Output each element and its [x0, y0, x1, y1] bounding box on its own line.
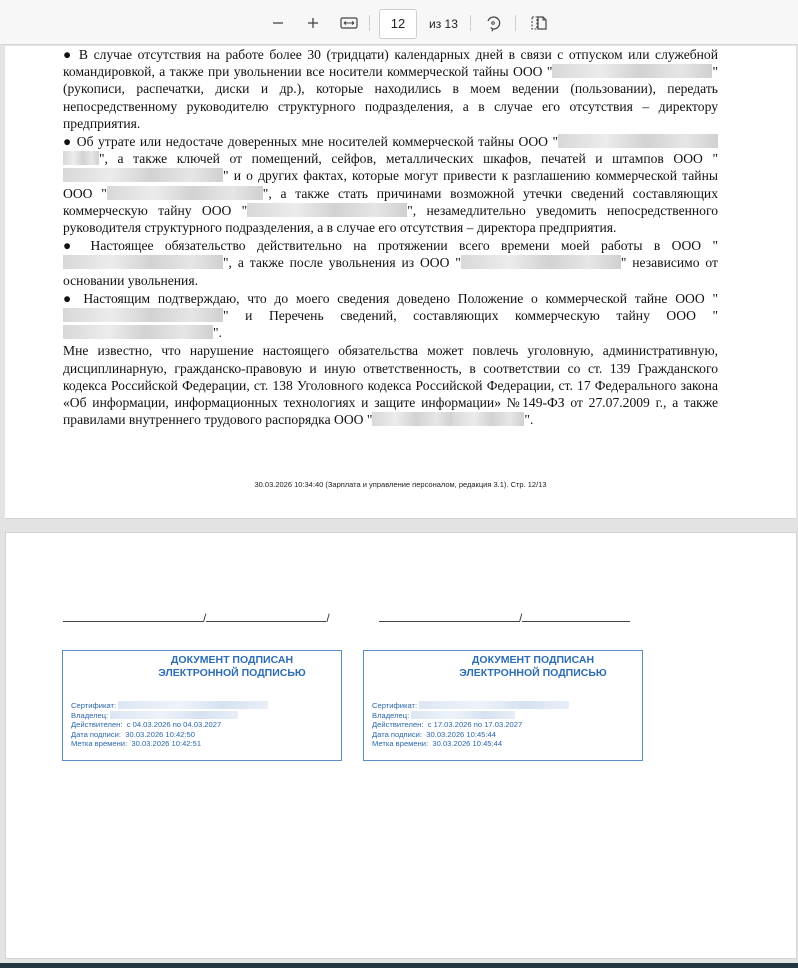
redacted-company-name	[552, 64, 712, 78]
name-blank	[522, 609, 630, 622]
signature-blank	[379, 609, 519, 622]
redacted-company-name	[63, 151, 99, 165]
text-run: ".	[524, 412, 533, 427]
redacted-company-name	[247, 203, 407, 217]
text-run: ", а также ключей от помещений, сейфов, …	[99, 151, 718, 166]
redacted-company-name	[107, 186, 263, 200]
valid-label: Действителен:	[71, 720, 122, 729]
redacted-company-name	[63, 255, 223, 269]
page-view-button[interactable]	[527, 11, 551, 35]
paragraph-loss: ● Об утрате или недостаче доверенных мне…	[63, 133, 718, 236]
pdf-page-12: ● В случае отсутствия на работе более 30…	[5, 46, 796, 519]
sign-date-label: Дата подписи:	[71, 730, 121, 739]
pdf-toolbar: 12 из 13	[0, 0, 798, 45]
text-run: ".	[213, 325, 222, 340]
page-footer: 30.03.2026 10:34:40 (Зарплата и управлен…	[5, 480, 796, 489]
sign-date-label: Дата подписи:	[372, 730, 422, 739]
zoom-in-button[interactable]	[301, 11, 325, 35]
pdf-page-13: // / ДОКУМЕНТ ПОДПИСАН ЭЛЕКТРОННОЙ ПОДПИ…	[5, 532, 797, 959]
timestamp-label: Метка времени:	[71, 739, 127, 748]
minus-icon	[271, 16, 285, 30]
page-number-input[interactable]: 12	[379, 9, 417, 39]
signature-blank	[63, 609, 203, 622]
stamp-details: Сертификат: Владелец: Действителен: с 04…	[71, 701, 268, 749]
paragraph-liability: Мне известно, что нарушение настоящего о…	[63, 342, 718, 428]
fit-width-button[interactable]	[337, 11, 361, 35]
stamp-title-line: ЭЛЕКТРОННОЙ ПОДПИСЬЮ	[424, 667, 642, 680]
redacted-company-name	[452, 412, 524, 426]
redacted-company-name	[461, 255, 621, 269]
paragraph-validity: ● Настоящее обязательство действительно …	[63, 237, 718, 289]
rotate-icon	[484, 14, 502, 32]
redacted-certificate	[118, 701, 268, 709]
page-count-label: из 13	[429, 17, 458, 31]
e-signature-stamp: ДОКУМЕНТ ПОДПИСАН ЭЛЕКТРОННОЙ ПОДПИСЬЮ С…	[62, 650, 342, 761]
owner-label: Владелец:	[71, 711, 108, 720]
text-run: " и Перечень сведений, составляющих комм…	[223, 308, 718, 323]
redacted-company-name	[558, 134, 718, 148]
document-body: ● В случае отсутствия на работе более 30…	[63, 46, 718, 429]
stamp-title-line: ЭЛЕКТРОННОЙ ПОДПИСЬЮ	[123, 667, 341, 680]
separator: /	[326, 611, 329, 625]
sign-date-value: 30.03.2026 10:45:44	[426, 730, 496, 739]
text-run: ● Настоящим подтверждаю, что до моего св…	[63, 291, 718, 306]
signature-line-right: /	[379, 609, 630, 625]
text-run: ● Настоящее обязательство действительно …	[63, 238, 718, 253]
text-run: ", а также после увольнения из ООО "	[223, 255, 461, 270]
toolbar-divider	[369, 15, 370, 31]
timestamp-value: 30.03.2026 10:42:51	[131, 739, 201, 748]
redacted-company-name	[63, 325, 213, 339]
sign-date-value: 30.03.2026 10:42:50	[125, 730, 195, 739]
valid-value: с 04.03.2026 по 04.03.2027	[127, 720, 221, 729]
rotate-button[interactable]	[481, 11, 505, 35]
redacted-company-name	[63, 308, 223, 322]
redacted-owner	[411, 711, 515, 719]
redacted-company-name	[372, 412, 452, 426]
timestamp-label: Метка времени:	[372, 739, 428, 748]
signature-line-left: //	[63, 609, 330, 625]
owner-label: Владелец:	[372, 711, 409, 720]
stamp-title: ДОКУМЕНТ ПОДПИСАН ЭЛЕКТРОННОЙ ПОДПИСЬЮ	[364, 654, 642, 680]
paragraph-absence: ● В случае отсутствия на работе более 30…	[63, 46, 718, 132]
name-blank	[206, 609, 326, 622]
certificate-label: Сертификат:	[372, 701, 417, 710]
timestamp-value: 30.03.2026 10:45:44	[432, 739, 502, 748]
stamp-details: Сертификат: Владелец: Действителен: с 17…	[372, 701, 569, 749]
redacted-owner	[110, 711, 238, 719]
zoom-out-button[interactable]	[266, 11, 290, 35]
two-page-view-icon	[530, 15, 548, 31]
redacted-company-name	[63, 168, 223, 182]
valid-label: Действителен:	[372, 720, 423, 729]
toolbar-divider	[515, 15, 516, 31]
plus-icon	[306, 16, 320, 30]
stamp-title: ДОКУМЕНТ ПОДПИСАН ЭЛЕКТРОННОЙ ПОДПИСЬЮ	[63, 654, 341, 680]
stamp-title-line: ДОКУМЕНТ ПОДПИСАН	[424, 654, 642, 667]
redacted-certificate	[419, 701, 569, 709]
e-signature-stamp: ДОКУМЕНТ ПОДПИСАН ЭЛЕКТРОННОЙ ПОДПИСЬЮ С…	[363, 650, 643, 761]
stamp-title-line: ДОКУМЕНТ ПОДПИСАН	[123, 654, 341, 667]
certificate-label: Сертификат:	[71, 701, 116, 710]
taskbar-edge	[0, 963, 798, 968]
toolbar-divider	[470, 15, 471, 31]
fit-width-icon	[340, 16, 358, 30]
paragraph-confirmation: ● Настоящим подтверждаю, что до моего св…	[63, 290, 718, 342]
valid-value: с 17.03.2026 по 17.03.2027	[428, 720, 522, 729]
text-run: ● Об утрате или недостаче доверенных мне…	[63, 134, 558, 149]
